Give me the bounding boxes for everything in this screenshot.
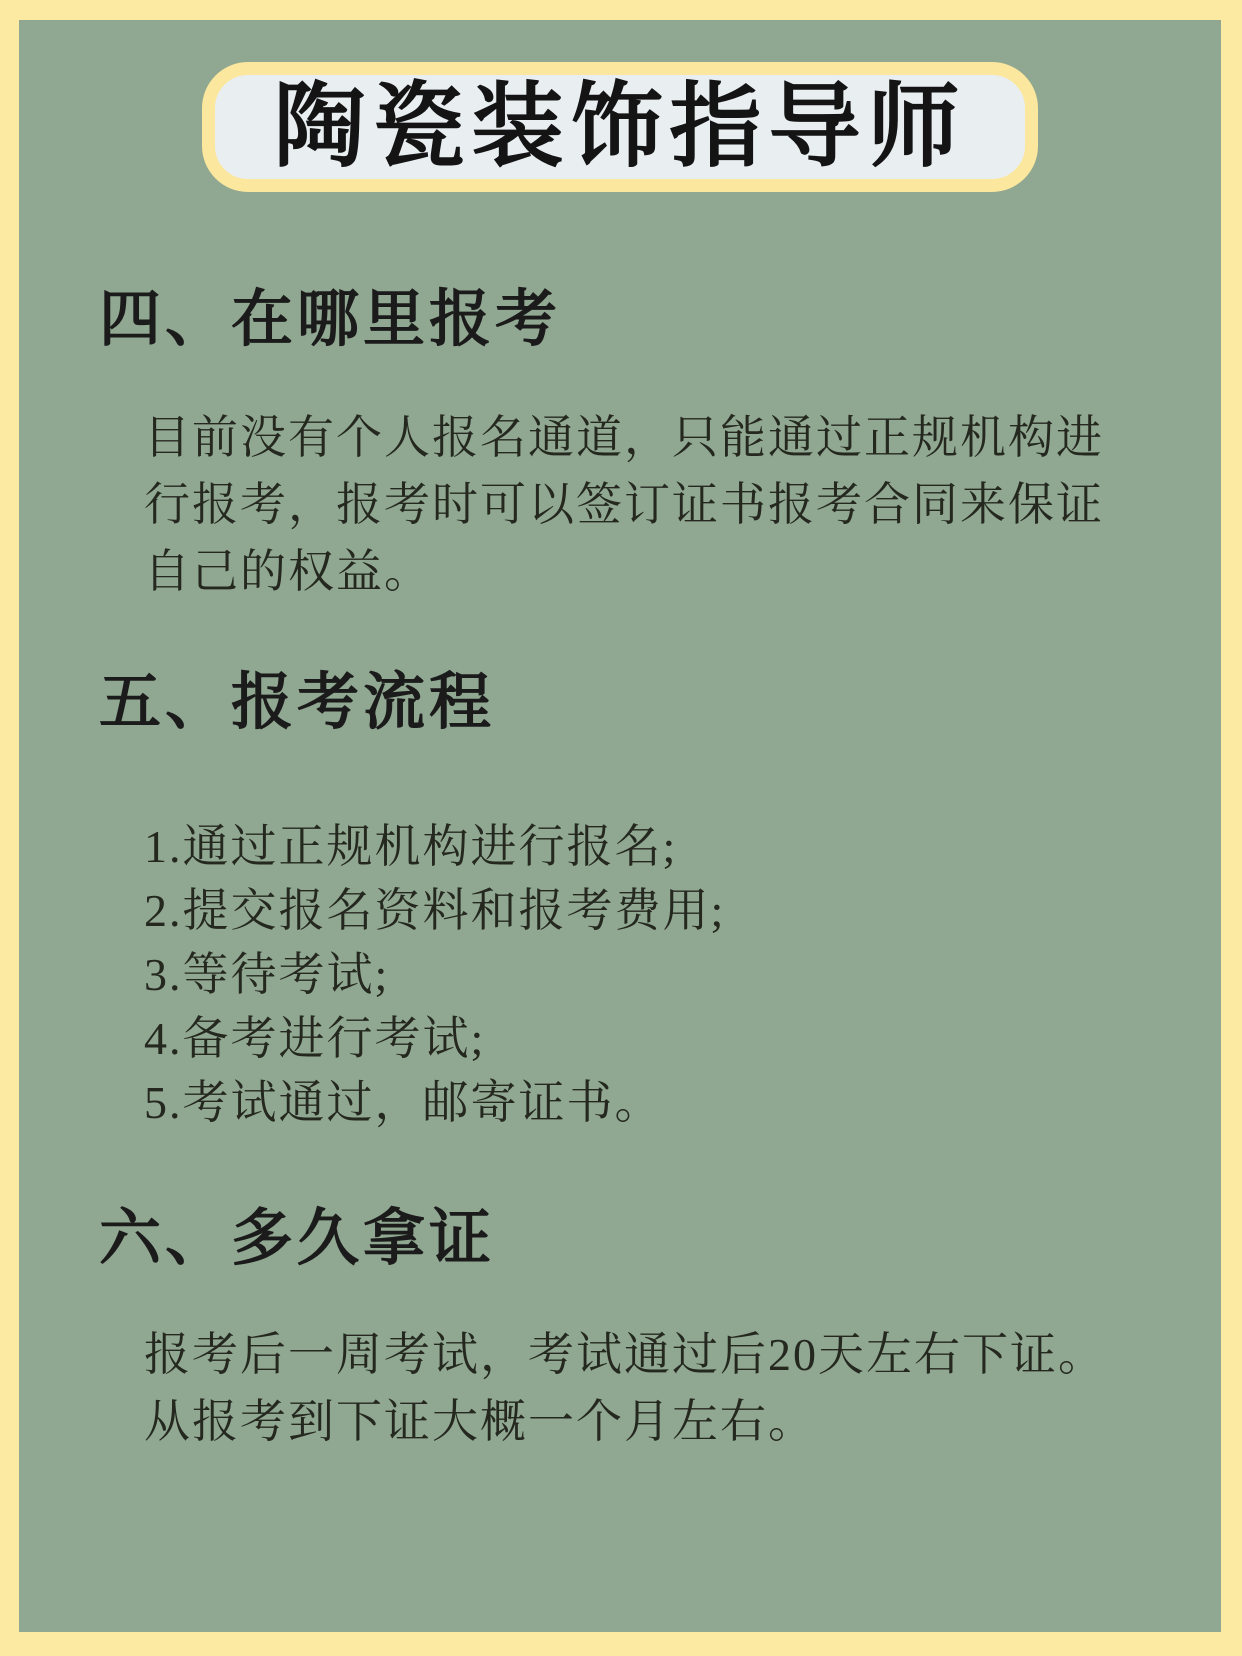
paragraph-where-to-register: 目前没有个人报名通道，只能通过正规机构进行报考，报考时可以签订证书报考合同来保证… [144,404,1111,605]
page-title: 陶瓷装饰指导师 [273,77,966,177]
section-heading-time-to-certificate: 六、多久拿证 [99,1207,1221,1271]
paragraph-time-to-certificate: 报考后一周考试，考试通过后20天左右下证。 从报考到下证大概一个月左右。 [144,1321,1111,1455]
poster-frame: 陶瓷装饰指导师 四、在哪里报考 目前没有个人报名通道，只能通过正规机构进行报考，… [0,0,1242,1656]
title-badge: 陶瓷装饰指导师 [202,62,1037,192]
list-item: 4.备考进行考试; [144,1007,1111,1071]
poster-background: 陶瓷装饰指导师 四、在哪里报考 目前没有个人报名通道，只能通过正规机构进行报考，… [19,20,1221,1632]
list-item: 5.考试通过，邮寄证书。 [144,1071,1111,1135]
registration-steps-list: 1.通过正规机构进行报名; 2.提交报名资料和报考费用; 3.等待考试; 4.备… [144,815,1111,1135]
list-item: 2.提交报名资料和报考费用; [144,879,1111,943]
section-heading-where-to-register: 四、在哪里报考 [99,288,1221,352]
paragraph-line: 报考后一周考试，考试通过后20天左右下证。 [144,1321,1111,1388]
list-item: 3.等待考试; [144,943,1111,1007]
section-heading-registration-process: 五、报考流程 [99,671,1221,735]
title-badge-row: 陶瓷装饰指导师 [19,62,1221,192]
paragraph-line: 从报考到下证大概一个月左右。 [144,1388,1111,1455]
list-item: 1.通过正规机构进行报名; [144,815,1111,879]
